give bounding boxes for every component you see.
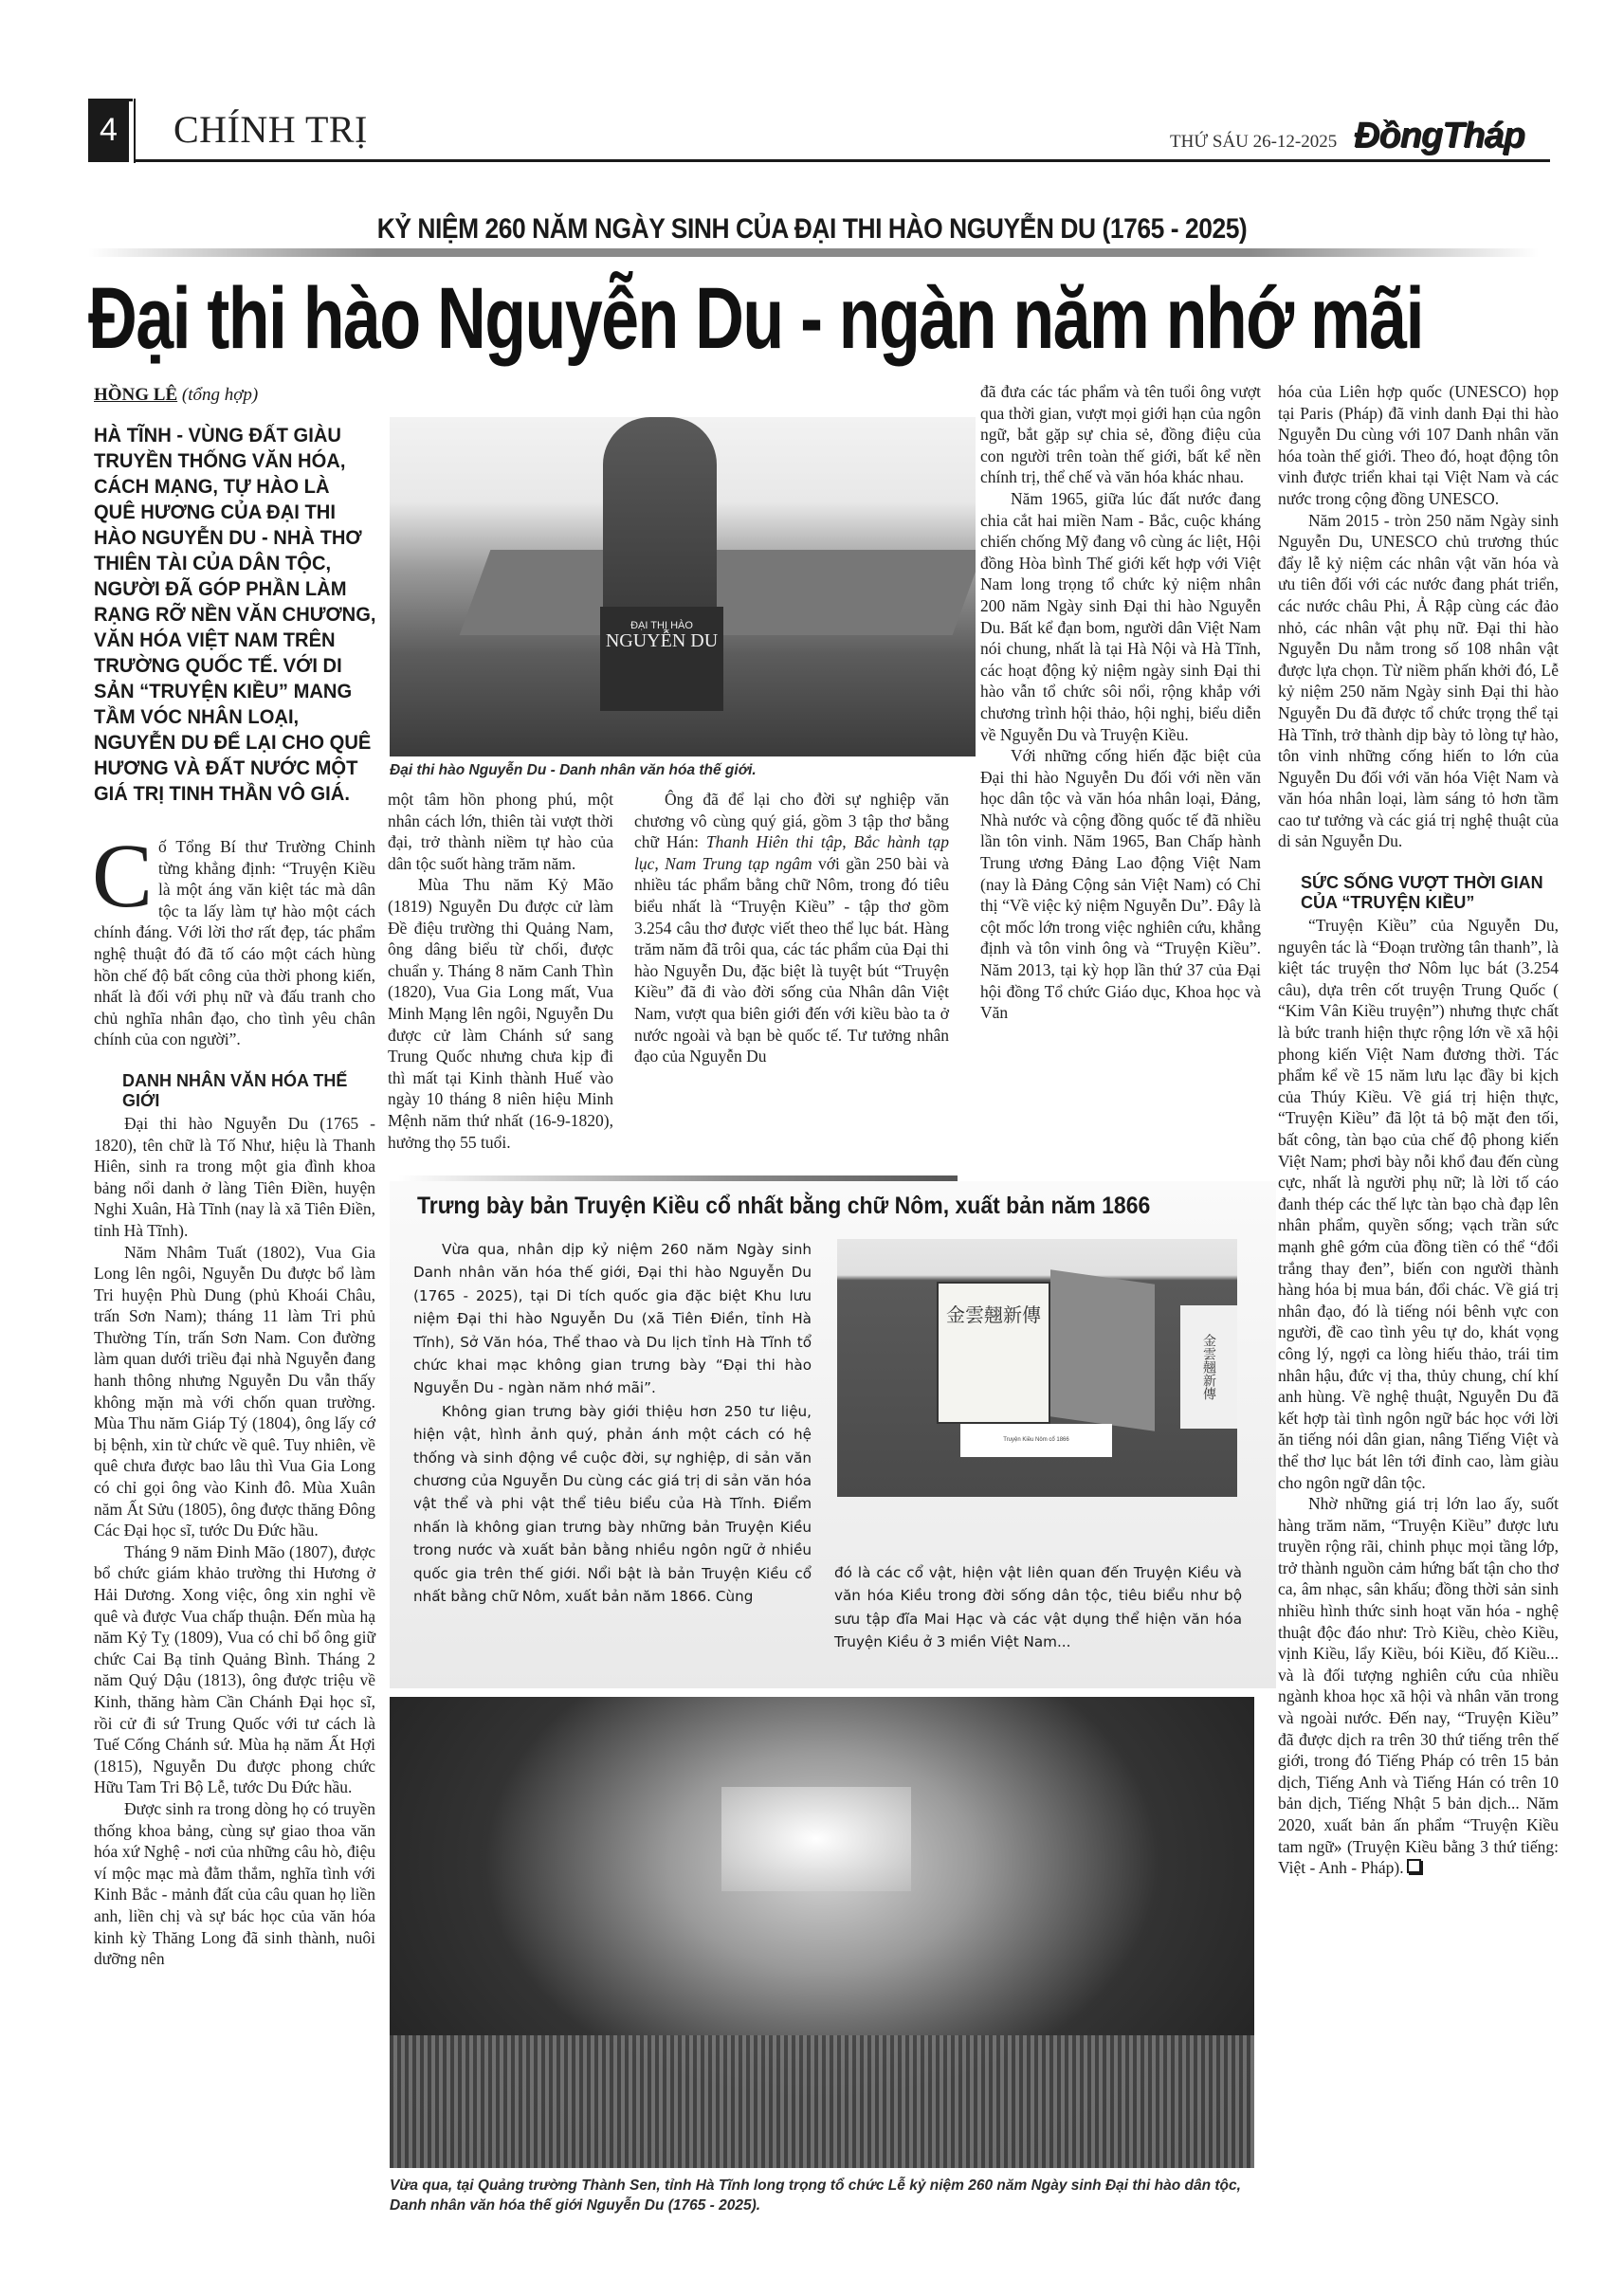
plinth-line2: NGUYỄN DU	[600, 633, 723, 648]
box-column-2: đó là các cổ vật, hiện vật liên quan đến…	[834, 1561, 1242, 1654]
audience-crowd	[390, 2035, 1254, 2168]
header-rule	[136, 159, 1550, 162]
publication-logo: ĐồngTháp	[1354, 112, 1524, 159]
body-paragraph: Được sinh ra trong dòng họ có truyền thố…	[94, 1798, 375, 1970]
book-label: Truyện Kiều Nôm cổ 1866	[960, 1424, 1112, 1457]
intro-paragraph: Cố Tổng Bí thư Trường Chinh từng khẳng đ…	[94, 836, 375, 1050]
article-headline: Đại thi hào Nguyễn Du - ngàn năm nhớ mãi	[88, 271, 1423, 366]
byline: HỒNG LÊ (tổng hợp)	[94, 384, 258, 407]
column-4: đã đưa các tác phẩm và tên tuổi ông vượt…	[980, 381, 1261, 1024]
box-title: Trưng bày bản Truyện Kiều cổ nhất bằng c…	[417, 1191, 1150, 1221]
body-paragraph: đã đưa các tác phẩm và tên tuổi ông vượt…	[980, 381, 1261, 488]
body-paragraph: “Truyện Kiều” của Nguyễn Du, nguyên tác …	[1278, 915, 1559, 1493]
article-kicker: KỶ NIỆM 260 NĂM NGÀY SINH CỦA ĐẠI THI HÀ…	[98, 210, 1526, 248]
statue-photo: ĐẠI THI HÀO NGUYỄN DU	[390, 417, 976, 756]
body-paragraph: Với những cống hiến đặc biệt của Đại thi…	[980, 745, 1261, 1024]
book-photo: 金雲翹新傳 Truyện Kiều Nôm cổ 1866 金雲翹新傳	[837, 1239, 1237, 1497]
byline-author[interactable]: HỒNG LÊ	[94, 385, 177, 405]
column-1: Cố Tổng Bí thư Trường Chinh từng khẳng đ…	[94, 836, 375, 1970]
column-5: hóa của Liên hợp quốc (UNESCO) họp tại P…	[1278, 381, 1559, 1879]
statue-photo-caption: Đại thi hào Nguyễn Du - Danh nhân văn hó…	[390, 761, 757, 780]
box-paragraph: đó là các cổ vật, hiện vật liên quan đến…	[834, 1561, 1242, 1654]
stage-screen	[721, 1787, 911, 1891]
drop-cap: C	[92, 838, 153, 914]
header-divider	[134, 99, 136, 163]
body-paragraph: Nhờ những giá trị lớn lao ấy, suốt hàng …	[1278, 1493, 1559, 1879]
subhead-danh-nhan: DANH NHÂN VĂN HÓA THẾ GIỚI	[122, 1071, 375, 1111]
byline-role: (tổng hợp)	[182, 385, 258, 405]
text-run: Nhờ những giá trị lớn lao ấy, suốt hàng …	[1278, 1494, 1559, 1877]
subhead-suc-song: SỨC SỐNG VƯỢT THỜI GIAN CỦA “TRUYỆN KIỀU…	[1301, 873, 1559, 913]
column-3: Ông đã để lại cho đời sự nghiệp văn chươ…	[634, 789, 949, 1067]
book-side-card: 金雲翹新傳	[1180, 1305, 1237, 1429]
body-paragraph: Năm Nhâm Tuất (1802), Vua Gia Long lên n…	[94, 1242, 375, 1541]
body-paragraph: Ông đã để lại cho đời sự nghiệp văn chươ…	[634, 789, 949, 1067]
issue-date: THỨ SÁU 26-12-2025	[1170, 131, 1337, 154]
section-title: CHÍNH TRỊ	[173, 106, 368, 154]
end-of-article-icon	[1407, 1859, 1421, 1873]
box-paragraph: Không gian trưng bày giới thiệu hơn 250 …	[413, 1400, 812, 1609]
book-page	[1050, 1269, 1155, 1430]
kicker-divider	[88, 248, 1539, 257]
body-paragraph: Năm 1965, giữa lúc đất nước đang chia cắ…	[980, 488, 1261, 745]
body-paragraph: Mùa Thu năm Kỷ Mão (1819) Nguyễn Du được…	[388, 874, 613, 1153]
body-paragraph: Năm 2015 - tròn 250 năm Ngày sinh Nguyễn…	[1278, 510, 1559, 853]
body-paragraph: Đại thi hào Nguyễn Du (1765 - 1820), tên…	[94, 1113, 375, 1242]
text-run: với gần 250 bài và nhiều tác phẩm bằng c…	[634, 854, 949, 1066]
nom-book: 金雲翹新傳	[937, 1282, 1050, 1424]
ceremony-photo-caption: Vừa qua, tại Quảng trường Thành Sen, tỉn…	[390, 2176, 1271, 2215]
box-column-1: Vừa qua, nhân dịp kỷ niệm 260 năm Ngày s…	[413, 1238, 812, 1609]
ceremony-photo	[390, 1697, 1254, 2168]
statue-plinth: ĐẠI THI HÀO NGUYỄN DU	[600, 607, 723, 711]
statue-figure	[603, 417, 717, 626]
page-number: 4	[88, 99, 129, 162]
body-paragraph: Tháng 9 năm Đinh Mão (1807), được bổ chứ…	[94, 1541, 375, 1798]
body-paragraph: một tâm hồn phong phú, một nhân cách lớn…	[388, 789, 613, 874]
box-paragraph: Vừa qua, nhân dịp kỷ niệm 260 năm Ngày s…	[413, 1238, 812, 1400]
column-2: một tâm hồn phong phú, một nhân cách lớn…	[388, 789, 613, 1153]
article-lead: HÀ TĨNH - VÙNG ĐẤT GIÀU TRUYỀN THỐNG VĂN…	[94, 423, 376, 807]
body-paragraph: hóa của Liên hợp quốc (UNESCO) họp tại P…	[1278, 381, 1559, 510]
